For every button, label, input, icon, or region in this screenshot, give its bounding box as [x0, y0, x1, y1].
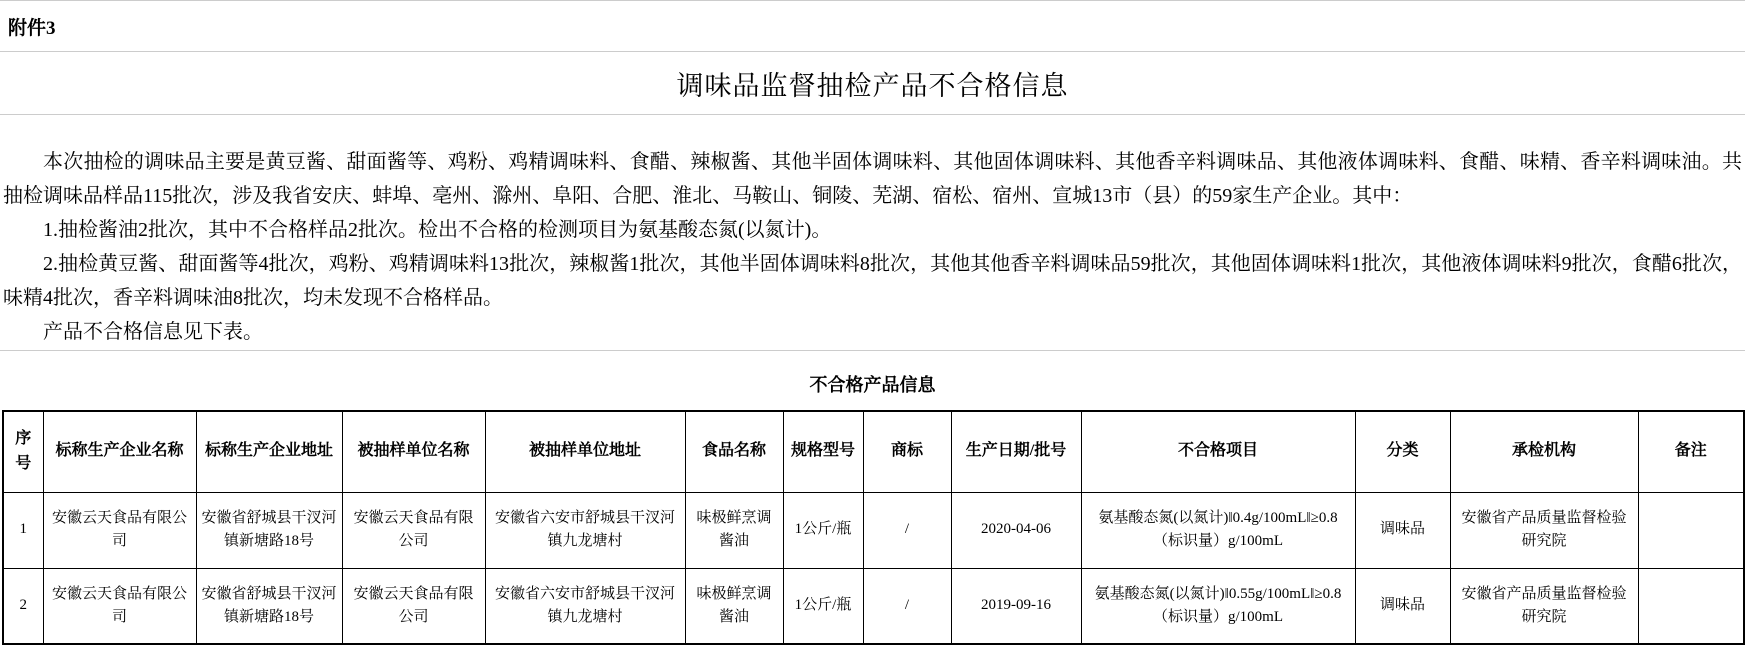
cell-food-name: 味极鲜烹调酱油 [685, 568, 783, 644]
page-title: 调味品监督抽检产品不合格信息 [677, 64, 1069, 103]
col-header-food-name: 食品名称 [685, 411, 783, 492]
cell-spec: 1公斤/瓶 [783, 568, 863, 644]
cell-spec: 1公斤/瓶 [783, 492, 863, 568]
attachment-label: 附件3 [8, 13, 56, 40]
noncompliant-products-table: 序号 标称生产企业名称 标称生产企业地址 被抽样单位名称 被抽样单位地址 食品名… [2, 410, 1745, 645]
table-title: 不合格产品信息 [810, 371, 936, 397]
cell-inspection-agency: 安徽省产品质量监督检验研究院 [1450, 492, 1638, 568]
col-header-sampled-unit-name: 被抽样单位名称 [342, 411, 485, 492]
cell-inspection-agency: 安徽省产品质量监督检验研究院 [1450, 568, 1638, 644]
col-header-sampled-unit-address: 被抽样单位地址 [485, 411, 685, 492]
cell-sampled-unit-address: 安徽省六安市舒城县干汊河镇九龙塘村 [485, 492, 685, 568]
cell-sampled-unit-name: 安徽云天食品有限公司 [342, 568, 485, 644]
intro-section: 本次抽检的调味品主要是黄豆酱、甜面酱等、鸡粉、鸡精调味料、食醋、辣椒酱、其他半固… [0, 115, 1745, 351]
title-section: 调味品监督抽检产品不合格信息 [0, 52, 1745, 115]
intro-paragraph-see-table: 产品不合格信息见下表。 [3, 315, 1742, 349]
col-header-manufacturer-name: 标称生产企业名称 [43, 411, 196, 492]
col-header-inspection-agency: 承检机构 [1450, 411, 1638, 492]
col-header-production-date: 生产日期/批号 [951, 411, 1081, 492]
cell-category: 调味品 [1355, 492, 1450, 568]
cell-seq: 1 [3, 492, 43, 568]
col-header-brand: 商标 [863, 411, 951, 492]
table-row: 1 安徽云天食品有限公司 安徽省舒城县干汊河镇新塘路18号 安徽云天食品有限公司… [3, 492, 1744, 568]
cell-remarks [1638, 492, 1744, 568]
attachment-strip: 附件3 [0, 0, 1745, 52]
col-header-failed-item: 不合格项目 [1081, 411, 1355, 492]
cell-remarks [1638, 568, 1744, 644]
table-title-section: 不合格产品信息 [0, 351, 1745, 410]
col-header-spec: 规格型号 [783, 411, 863, 492]
cell-manufacturer-address: 安徽省舒城县干汊河镇新塘路18号 [196, 492, 342, 568]
cell-sampled-unit-name: 安徽云天食品有限公司 [342, 492, 485, 568]
cell-sampled-unit-address: 安徽省六安市舒城县干汊河镇九龙塘村 [485, 568, 685, 644]
cell-manufacturer-name: 安徽云天食品有限公司 [43, 492, 196, 568]
cell-manufacturer-address: 安徽省舒城县干汊河镇新塘路18号 [196, 568, 342, 644]
cell-category: 调味品 [1355, 568, 1450, 644]
intro-paragraph-item1: 1.抽检酱油2批次，其中不合格样品2批次。检出不合格的检测项目为氨基酸态氮(以氮… [3, 213, 1742, 247]
table-row: 2 安徽云天食品有限公司 安徽省舒城县干汊河镇新塘路18号 安徽云天食品有限公司… [3, 568, 1744, 644]
cell-brand: / [863, 568, 951, 644]
intro-paragraph-item2: 2.抽检黄豆酱、甜面酱等4批次，鸡粉、鸡精调味料13批次，辣椒酱1批次，其他半固… [3, 247, 1742, 315]
cell-production-date: 2019-09-16 [951, 568, 1081, 644]
cell-food-name: 味极鲜烹调酱油 [685, 492, 783, 568]
cell-failed-item: 氨基酸态氮(以氮计)‖0.55g/100mL‖≥0.8（标识量）g/100mL [1081, 568, 1355, 644]
cell-manufacturer-name: 安徽云天食品有限公司 [43, 568, 196, 644]
cell-seq: 2 [3, 568, 43, 644]
table-header-row: 序号 标称生产企业名称 标称生产企业地址 被抽样单位名称 被抽样单位地址 食品名… [3, 411, 1744, 492]
col-header-category: 分类 [1355, 411, 1450, 492]
col-header-manufacturer-address: 标称生产企业地址 [196, 411, 342, 492]
col-header-seq: 序号 [3, 411, 43, 492]
intro-paragraph-summary: 本次抽检的调味品主要是黄豆酱、甜面酱等、鸡粉、鸡精调味料、食醋、辣椒酱、其他半固… [3, 145, 1742, 213]
cell-production-date: 2020-04-06 [951, 492, 1081, 568]
col-header-remarks: 备注 [1638, 411, 1744, 492]
cell-brand: / [863, 492, 951, 568]
cell-failed-item: 氨基酸态氮(以氮计)‖0.4g/100mL‖≥0.8（标识量）g/100mL [1081, 492, 1355, 568]
